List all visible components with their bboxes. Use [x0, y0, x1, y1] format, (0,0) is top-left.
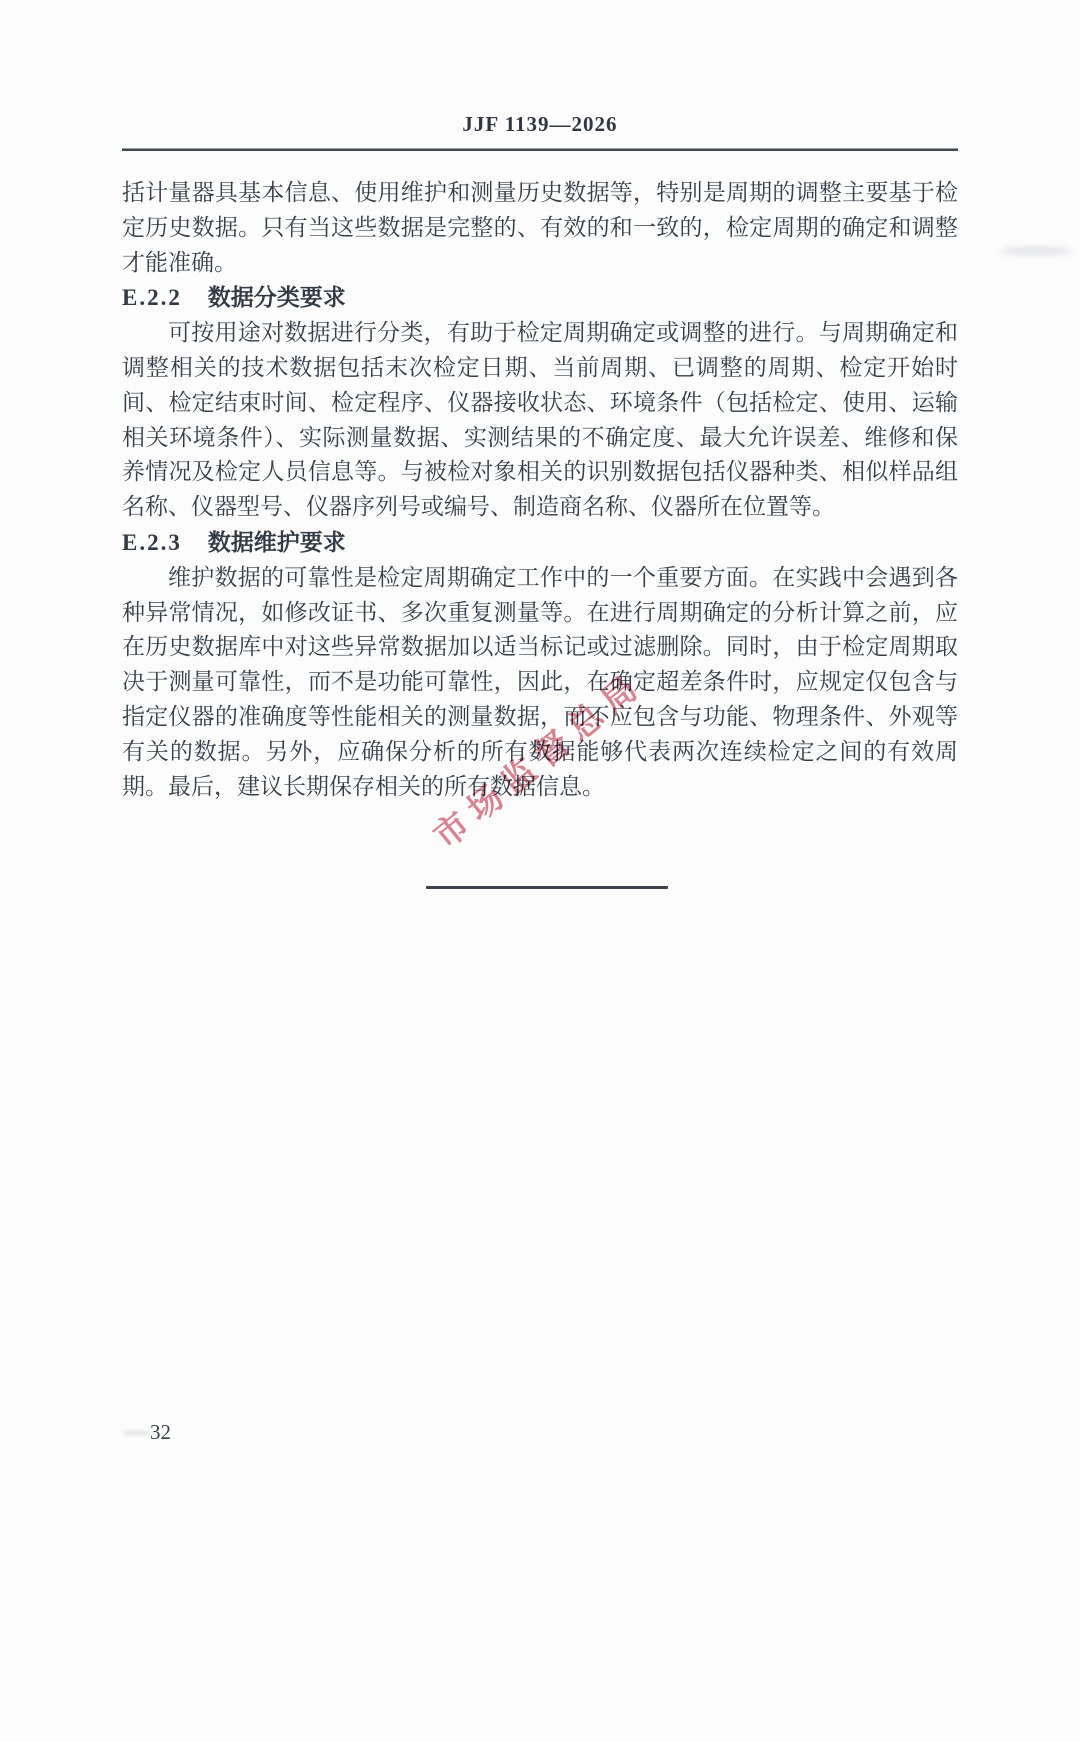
document-body: 括计量器具基本信息、使用维护和测量历史数据等，特别是周期的调整主要基于检定历史数… [122, 176, 958, 804]
scan-artifact [124, 1431, 150, 1435]
section-number: E.2.3 [122, 530, 182, 555]
section-title: 数据维护要求 [208, 529, 346, 555]
header-title: JJF 1139—2026 [0, 112, 1080, 137]
section-heading-e2-2: E.2.2 数据分类要求 [122, 280, 958, 316]
page-number: 32 [150, 1420, 171, 1445]
section-e2-2-paragraph: 可按用途对数据进行分类，有助于检定周期确定或调整的进行。与周期确定和调整相关的技… [122, 316, 958, 525]
section-e2-3-paragraph: 维护数据的可靠性是检定周期确定工作中的一个重要方面。在实践中会遇到各种异常情况，… [122, 561, 958, 805]
paragraph-continuation: 括计量器具基本信息、使用维护和测量历史数据等，特别是周期的调整主要基于检定历史数… [122, 176, 958, 280]
document-page: JJF 1139—2026 括计量器具基本信息、使用维护和测量历史数据等，特别是… [0, 0, 1080, 1742]
end-of-document-rule [426, 886, 668, 889]
section-title: 数据分类要求 [208, 284, 346, 310]
header-rule [122, 148, 958, 151]
scan-artifact [1000, 246, 1072, 256]
section-number: E.2.2 [122, 285, 182, 310]
section-heading-e2-3: E.2.3 数据维护要求 [122, 525, 958, 561]
